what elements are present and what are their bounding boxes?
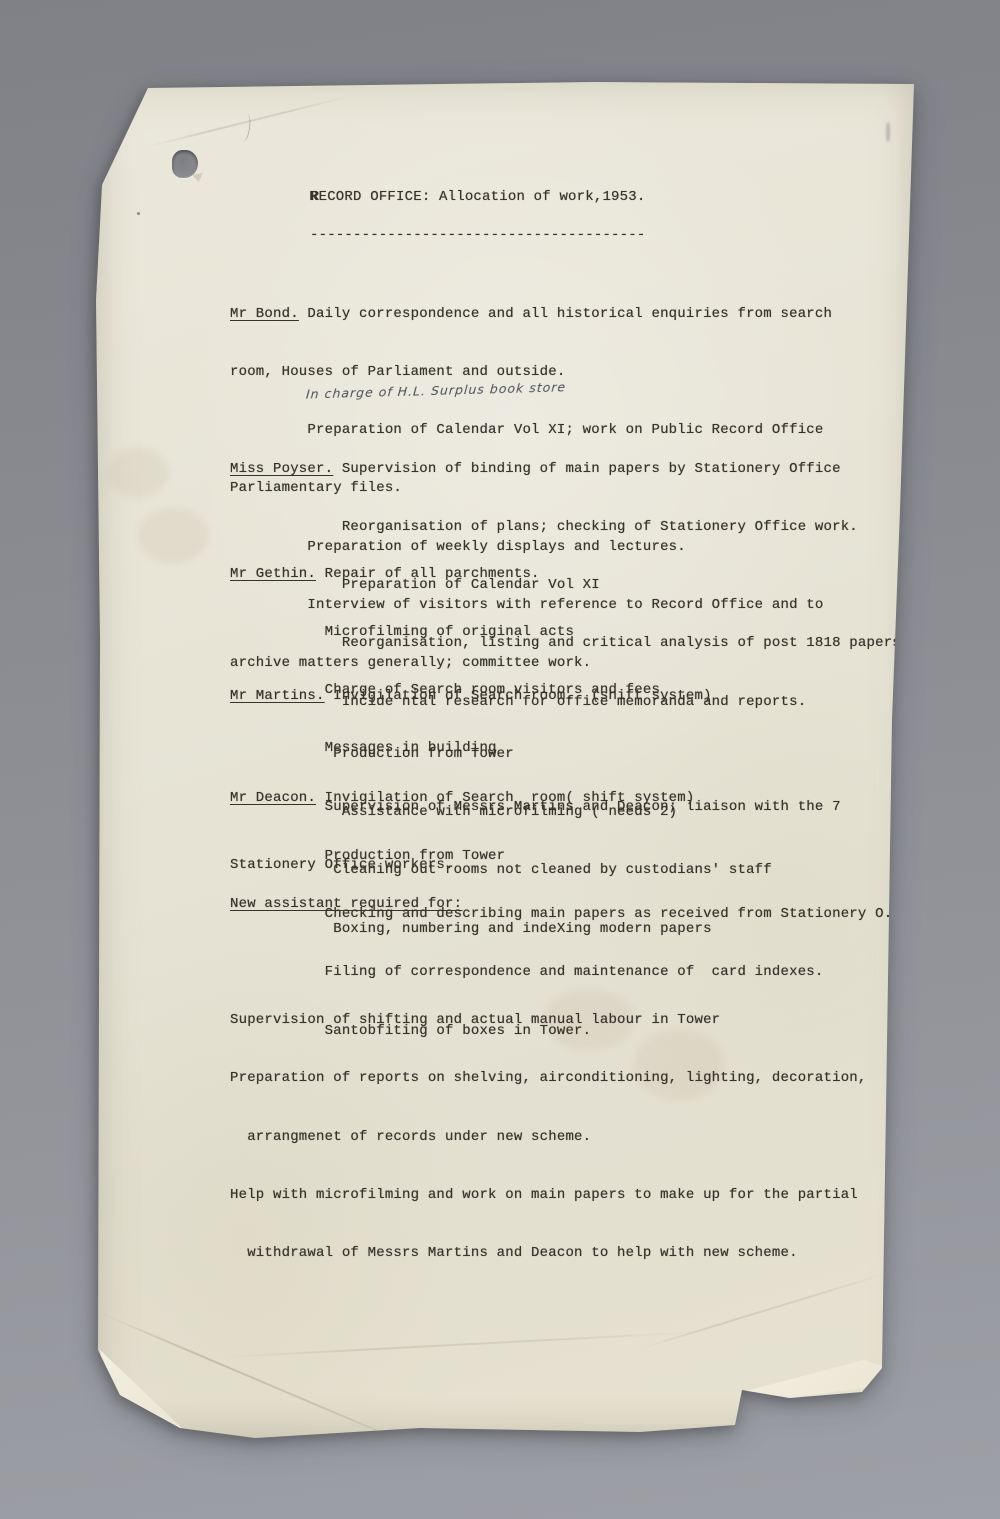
document-title: RECORD OFFICE: Allocation of work,1953. bbox=[310, 188, 645, 207]
scanned-document: RECORD OFFICE: Allocation of work,1953. … bbox=[94, 80, 916, 1444]
duty-text: Daily correspondence and all historical … bbox=[299, 306, 832, 322]
section-first-line: New assistant required for: bbox=[230, 895, 867, 914]
duty-text: Repair of all parchments. bbox=[316, 566, 540, 582]
smudge-mark bbox=[886, 122, 890, 142]
duty-text: Supervision of binding of main papers by… bbox=[333, 461, 840, 477]
duty-text: Invigilation of Search room. (shift syst… bbox=[325, 688, 712, 704]
section-heading: New assistant required for: bbox=[230, 896, 462, 912]
person-name: Mr Bond. bbox=[230, 306, 299, 322]
title-overstruck-letter: R bbox=[310, 189, 319, 205]
title-text: ECORD OFFICE: Allocation of work,1953. bbox=[319, 189, 646, 205]
duty-line: arrangmenet of records under new scheme. bbox=[230, 1128, 867, 1147]
duty-line: Supervision of shifting and actual manua… bbox=[230, 1011, 867, 1030]
ink-bleedthrough-ghost bbox=[98, 428, 228, 588]
duty-line: Help with microfilming and work on main … bbox=[230, 1186, 867, 1205]
section-first-line: Mr Martins. Invigilation of Search room.… bbox=[230, 687, 772, 706]
person-name: Mr Martins. bbox=[230, 688, 325, 704]
section-first-line: Miss Poyser. Supervision of binding of m… bbox=[230, 460, 901, 479]
section-first-line: Mr Deacon. Invigilation of Search room( … bbox=[230, 789, 892, 808]
duty-line: withdrawal of Messrs Martins and Deacon … bbox=[230, 1244, 867, 1263]
duty-text: Invigilation of Search room( shift syste… bbox=[316, 790, 694, 806]
duty-line bbox=[230, 953, 867, 972]
section-first-line: Mr Gethin. Repair of all parchments. bbox=[230, 565, 841, 584]
section-new-assistant: New assistant required for: Supervision … bbox=[230, 856, 867, 1302]
section-first-line: Mr Bond. Daily correspondence and all hi… bbox=[230, 305, 832, 324]
ink-speck bbox=[137, 212, 140, 215]
person-name: Mr Deacon. bbox=[230, 790, 316, 806]
dashed-rule: --------------------------------------- bbox=[310, 226, 645, 245]
paper-sheet: RECORD OFFICE: Allocation of work,1953. … bbox=[94, 80, 916, 1444]
person-name: Miss Poyser. bbox=[230, 461, 333, 477]
duty-line: Microfilming of original acts bbox=[230, 623, 841, 642]
person-name: Mr Gethin. bbox=[230, 566, 316, 582]
duty-line: Preparation of reports on shelving, airc… bbox=[230, 1069, 867, 1088]
